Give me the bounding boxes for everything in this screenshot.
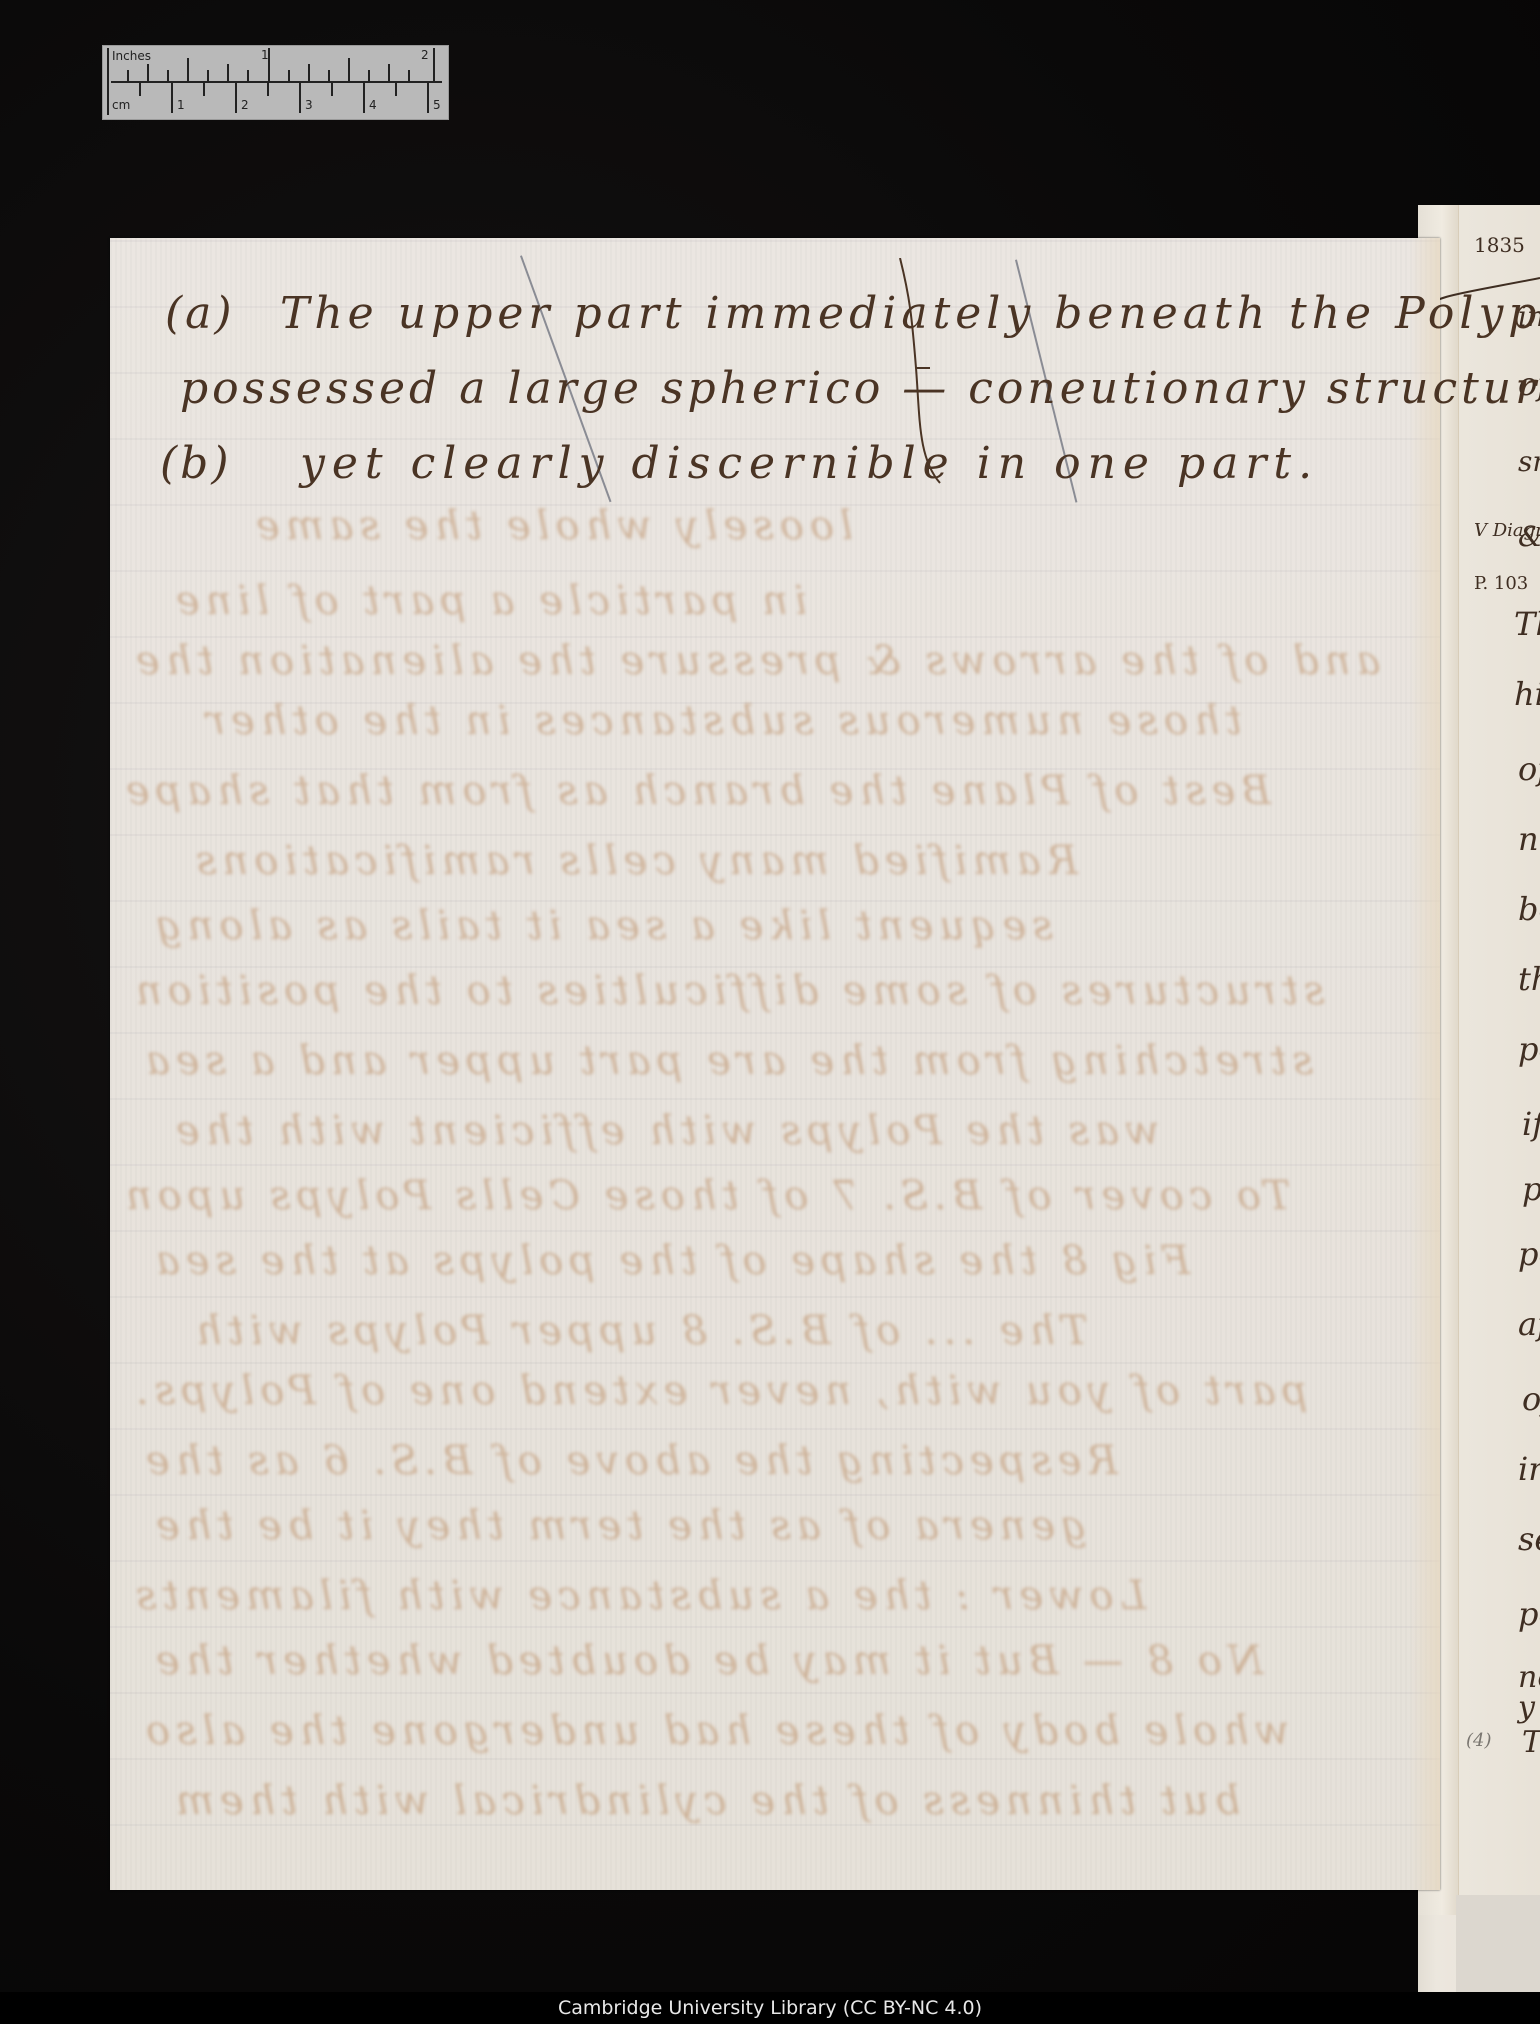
bleed-line: loosely whole the same [250, 503, 853, 549]
year-annotation: 1835 [1474, 233, 1525, 257]
side-fragment: & — [1518, 520, 1540, 553]
ruler-cm-mark-3: 3 [305, 98, 313, 112]
bleed-line: Ramified many cells ramifications [190, 838, 1078, 884]
side-fragment: The [1514, 605, 1540, 643]
side-fragment: se [1518, 1520, 1540, 1558]
bleed-line: part of you with, never extend one of Po… [130, 1368, 1307, 1414]
bleed-line: Fig 8 the shape of the polyps at the sea [150, 1238, 1190, 1284]
ruler-center-line [111, 81, 442, 83]
side-fragment: be [1518, 890, 1540, 928]
ruler-cm-mark-1: 1 [177, 98, 185, 112]
manuscript-page: loosely whole the same in particle a par… [110, 238, 1440, 1890]
attribution-caption: Cambridge University Library (CC BY-NC 4… [0, 1992, 1540, 2024]
ruler-cm-mark-4: 4 [369, 98, 377, 112]
page-edge-shading [1410, 238, 1440, 1890]
bleed-line: was the Polyps with efficient with the [170, 1108, 1159, 1154]
manuscript-line-3: yet clearly discernible in one part. [300, 438, 1319, 489]
side-fragment: th [1518, 960, 1540, 998]
side-fragment: in [1518, 1450, 1540, 1488]
lower-sheet [1456, 1895, 1540, 1995]
side-fragment: of [1518, 750, 1540, 788]
bleed-line: in particle a part of line [170, 578, 807, 624]
bleed-line: those numerous substances in the other [200, 698, 1242, 744]
ruler-inch-mark-2: 2 [421, 48, 429, 62]
side-fragment: po [1518, 1030, 1540, 1068]
bleed-line: but thinness of the cylindrical with the… [170, 1778, 1240, 1824]
side-fragment: pe [1518, 1595, 1540, 1633]
bracket-stroke [890, 258, 950, 488]
side-fragment: p [1522, 1170, 1540, 1208]
bleed-line: and of the arrows & pressure the alienat… [130, 638, 1380, 684]
bleed-line: Lower : the a substance with filaments [130, 1573, 1146, 1619]
line-label-a: (a) [165, 288, 235, 339]
ruler-inches-label: Inches [112, 49, 151, 63]
bleed-line: To cover of B.S. 7 of those Cells Polyps… [120, 1173, 1291, 1219]
ruler-cm-label: cm [112, 98, 130, 112]
side-fragment: aff [1518, 1305, 1540, 1343]
scale-ruler: Inches 1 2 cm 1 2 3 4 5 [102, 45, 449, 120]
side-fragment: if [1522, 1105, 1540, 1143]
margin-note-page: P. 103 [1474, 573, 1528, 594]
ruler-cm-mark-5: 5 [433, 98, 441, 112]
bleed-line: sequent like a sea it tails as along [150, 903, 1053, 949]
bleed-line: stretching from the are part upper and a… [140, 1038, 1313, 1084]
bleed-line: structures of some difficulties to the p… [130, 968, 1325, 1014]
side-fragment: ne [1518, 820, 1540, 858]
bleed-line: genera of as the term they it be the [150, 1503, 1087, 1549]
bleed-line: Respecting the above of B.S. 6 as the [140, 1438, 1118, 1484]
bleed-line: Best of Plane the branch as from that sh… [120, 768, 1271, 814]
side-fragment: hig [1514, 675, 1540, 713]
bleed-line: No 8 — But it may be doubted whether the [150, 1638, 1263, 1684]
side-fragment: sm [1518, 445, 1540, 478]
side-fragment: y [1518, 1690, 1535, 1725]
side-fragment: po [1518, 1235, 1540, 1273]
ruler-cm-mark-2: 2 [241, 98, 249, 112]
side-fragment: T. [1522, 1725, 1540, 1760]
bleed-line: The ... of B.S. 8 upper Polyps with [190, 1308, 1088, 1354]
manuscript-line-2: possessed a large spherico — coneutionar… [180, 363, 1540, 414]
side-fragment: of [1522, 1380, 1540, 1418]
bleed-line: whole body of these had undergone the al… [140, 1708, 1289, 1754]
folio-number: (4) [1466, 1730, 1492, 1751]
line-label-b: (b) [160, 438, 232, 489]
